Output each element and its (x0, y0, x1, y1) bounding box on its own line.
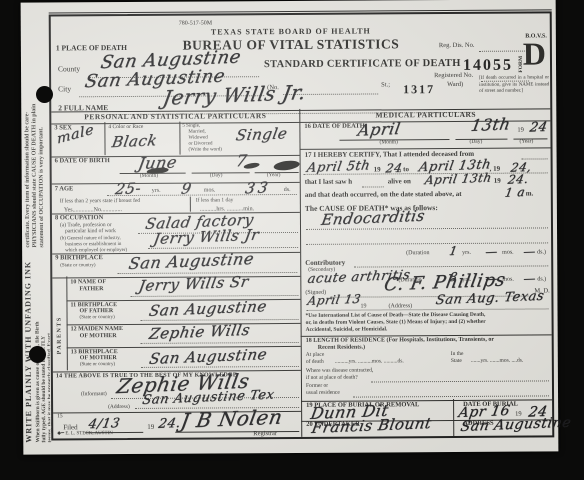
reg-dis-label: Reg. Dis. No. (439, 43, 475, 50)
dotted-line (130, 294, 298, 297)
cell-divider (104, 122, 106, 155)
address-caption: (Address) (108, 405, 130, 411)
scanned-death-certificate: certificate. Every item of information s… (0, 0, 584, 480)
registered-label: Registered No. (434, 73, 473, 80)
medical-section-title: MEDICAL PARTICULARS (301, 110, 550, 119)
marital-label: Widowed (188, 135, 207, 140)
dotted-line (306, 226, 548, 229)
mother-name-label: OF MOTHER (80, 333, 117, 340)
residence-units: .......yrs. .......mos. ....ds. (471, 359, 523, 365)
mother-birthplace-label: OF MOTHER (80, 355, 117, 362)
dotted-line (362, 185, 384, 187)
cell-divider (453, 399, 455, 436)
residence-units: ..........yrs. ..........mos. ..........… (335, 359, 404, 365)
certify-19c: 19 (494, 178, 501, 185)
residence-label: 18 LENGTH OF RESIDENCE (For Hospitals, I… (306, 337, 494, 344)
death-year-value: 24 (528, 121, 548, 135)
date-of-death-label: 16 DATE OF DEATH (304, 124, 364, 131)
street-label: St.; (381, 82, 390, 89)
punch-hole (29, 346, 46, 363)
usual-residence-label: usual residence (306, 391, 340, 397)
hospital-note: [If death occurred in a hospital or inst… (479, 75, 549, 95)
signed-date-value: April 13 (306, 293, 361, 308)
cause-duration-yrs: 1 (448, 245, 458, 258)
death-day-value: 13th (469, 116, 511, 134)
filed-date-value: 4/13 (87, 417, 121, 432)
certify-line2a: that I last saw h (305, 179, 352, 187)
death-month-value: April (356, 121, 401, 140)
informant-address-value: San Augustine Tex (141, 389, 275, 408)
print-order-number: 780-517-50M (179, 20, 212, 27)
age-label: 7 AGE (55, 186, 74, 193)
yrs-label: yrs. (462, 250, 471, 256)
disease-contracted-label: if not at place of death? (306, 376, 358, 382)
birthplace-value: San Augustine (127, 251, 255, 273)
parents-label: PARENTS (56, 294, 62, 354)
marital-label: 5 Single, (182, 124, 200, 129)
time-of-death-value: 1 a (504, 186, 526, 199)
m-word: m. (526, 191, 534, 198)
ds-label: ds.) (537, 249, 546, 255)
residence-label: Recent Residents.) (318, 345, 365, 352)
certificate-paper: certificate. Every item of information s… (21, 0, 559, 455)
dob-label: 6 DATE OF BIRTH (55, 158, 110, 165)
footnote-line: Accidental, Suicidal, or Homicidal. (306, 327, 388, 333)
birthplace-label: 9 BIRTHPLACE (55, 255, 103, 262)
dotted-line (141, 318, 299, 321)
certify-line1: 17 I HEREBY CERTIFY, That I attended dec… (305, 151, 475, 159)
cause-of-death-value: Endocarditis (320, 209, 426, 229)
mother-name-value: Zephie Wills (148, 323, 252, 343)
form-letter-d: D (523, 37, 546, 71)
certify-line3: and that death occurred, on the date sta… (305, 191, 462, 199)
footnote-line: or, in deaths from Violent Causes, State… (306, 320, 486, 327)
race-value: Black (111, 133, 159, 151)
dotted-line (371, 379, 549, 382)
occupation-a-label: particular kind of work (65, 229, 116, 235)
state-country-caption: (State or country) (80, 362, 115, 367)
occupation-label: 8 OCCUPATION (55, 215, 103, 222)
dotted-line (307, 307, 549, 310)
cause-duration-ds: — (522, 245, 537, 258)
ink-smudge (273, 159, 300, 171)
rule (85, 431, 143, 433)
at-place-label: At place (306, 353, 325, 359)
marital-label: Married, (188, 130, 205, 135)
contributory-ds: — (522, 272, 537, 285)
marital-label: (Write the word) (189, 147, 222, 152)
margin-instruction-line: statement of OCCUPATION is very importan… (38, 32, 45, 247)
column-divider (299, 109, 303, 437)
race-label: 4 Color or Race (108, 125, 143, 131)
year-caption: (Year) (519, 140, 533, 146)
undertaker-address-value: San Augustine (459, 415, 572, 434)
marital-value: Single (234, 126, 288, 144)
in-the-label: In the (451, 352, 464, 358)
day-caption: (Day) (469, 140, 482, 146)
filed-19: 19 (147, 424, 154, 431)
informant-caption: (Informant) (81, 392, 107, 398)
mos-label: mos. (502, 250, 514, 256)
punch-hole (36, 86, 53, 103)
dotted-line (353, 394, 549, 397)
registrar-label: Registrar (253, 431, 277, 438)
month-caption: (Month) (379, 140, 397, 146)
signed-address-value: San Aug. Texas (434, 290, 545, 308)
ds-label: ds.) (537, 276, 546, 282)
occupation-b-label: business or establishment in (65, 242, 121, 248)
ward-stamp: 1317 (403, 83, 435, 96)
day-caption: (Day) (210, 173, 223, 179)
personal-section-title: PERSONAL AND STATISTICAL PARTICULARS (51, 112, 299, 121)
cell-divider (190, 197, 192, 212)
dotted-line (141, 341, 299, 344)
father-name-label: 10 NAME OF (70, 279, 106, 286)
filed-section-number: 15 (57, 414, 63, 420)
dotted-line (141, 365, 299, 368)
full-name-value: Jerry Wills Jr. (161, 82, 307, 109)
certificate-title: STANDARD CERTIFICATE OF DEATH (264, 58, 461, 70)
county-label: County (58, 65, 80, 73)
father-name-label: FATHER (79, 286, 103, 292)
last-saw-value: April 13th (424, 171, 493, 186)
city-label: City (58, 85, 71, 93)
less-than-day-note: If less than 1 day (196, 198, 234, 204)
cause-duration-mos: — (484, 245, 499, 258)
rule (175, 430, 299, 433)
undertaker-value: Francis Blount (310, 416, 433, 437)
board-title: TEXAS STATE BOARD OF HEALTH (131, 27, 451, 37)
state-label: State (451, 359, 462, 365)
ward-label: Ward) (447, 82, 463, 89)
dotted-line (306, 241, 548, 244)
certificate-form: 780-517-50M TEXAS STATE BOARD OF HEALTH … (49, 11, 555, 440)
dotted-line (148, 246, 298, 249)
certify-line2b: alive on (388, 178, 411, 185)
duration-caption: (Duration (406, 250, 429, 256)
death-19: 19 (517, 128, 524, 135)
filed-label: Filed (63, 424, 77, 431)
cell-divider (179, 122, 181, 155)
father-name-value: Jerry Wills Sr (137, 274, 249, 294)
registrar-signature: J B Nolen (179, 407, 284, 432)
occupation-b-label: (b) General nature of industry, (60, 236, 121, 242)
occupation-b-value: Jerry Wills Jr (152, 228, 260, 248)
state-country-caption: (State or country) (80, 315, 115, 320)
filed-year-value: 24. (157, 417, 182, 432)
marital-label: or Divorced (188, 141, 212, 146)
father-birthplace-label: OF FATHER (79, 308, 113, 315)
of-death-label: of death (306, 360, 324, 366)
dotted-line (354, 264, 548, 267)
father-birthplace-value: San Augustine (148, 299, 268, 320)
state-country-caption: (State or country) (60, 263, 95, 268)
breastfed-note: If less than 2 years state if breast fed (60, 199, 140, 205)
mother-name-label: 12 MAIDEN NAME (71, 326, 123, 333)
